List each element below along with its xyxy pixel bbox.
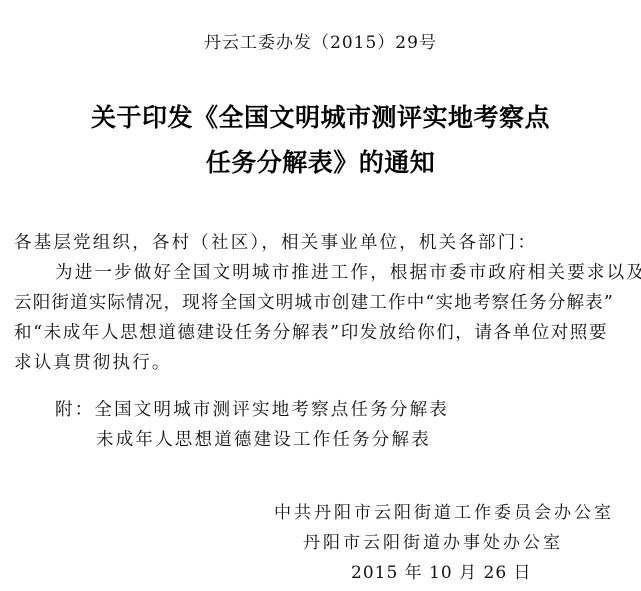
attachment-item[interactable]: 未成年人思想道德建设工作任务分解表 — [96, 428, 641, 452]
paragraph-line: 求认真贯彻执行。 — [14, 351, 629, 375]
signature-date: 2015 年 10 月 26 日 — [351, 558, 532, 583]
document-title-line-1: 关于印发《全国文明城市测评实地考察点 — [0, 98, 641, 134]
document-title-line-2: 任务分解表》的通知 — [0, 143, 641, 179]
document-number: 丹云工委办发（2015）29号 — [0, 28, 641, 53]
signature-org-2: 丹阳市云阳街道办事处办公室 — [303, 528, 563, 553]
attachment-item[interactable]: 全国文明城市测评实地考察点任务分解表 — [94, 400, 449, 420]
paragraph-line: 云阳街道实际情况，现将全国文明城市创建工作中“实地考察任务分解表” — [14, 291, 629, 315]
signature-org-1: 中共丹阳市云阳街道工作委员会办公室 — [274, 498, 614, 523]
salutation: 各基层党组织，各村（社区），相关事业单位，机关各部门： — [14, 231, 629, 255]
attachment-list: 附：全国文明城市测评实地考察点任务分解表 — [55, 398, 641, 422]
paragraph-line: 和“未成年人思想道德建设任务分解表”印发放给你们，请各单位对照要 — [14, 321, 629, 345]
paragraph-line: 为进一步做好全国文明城市推进工作，根据市委市政府相关要求以及 — [55, 261, 641, 285]
attachment-label: 附： — [55, 400, 94, 420]
